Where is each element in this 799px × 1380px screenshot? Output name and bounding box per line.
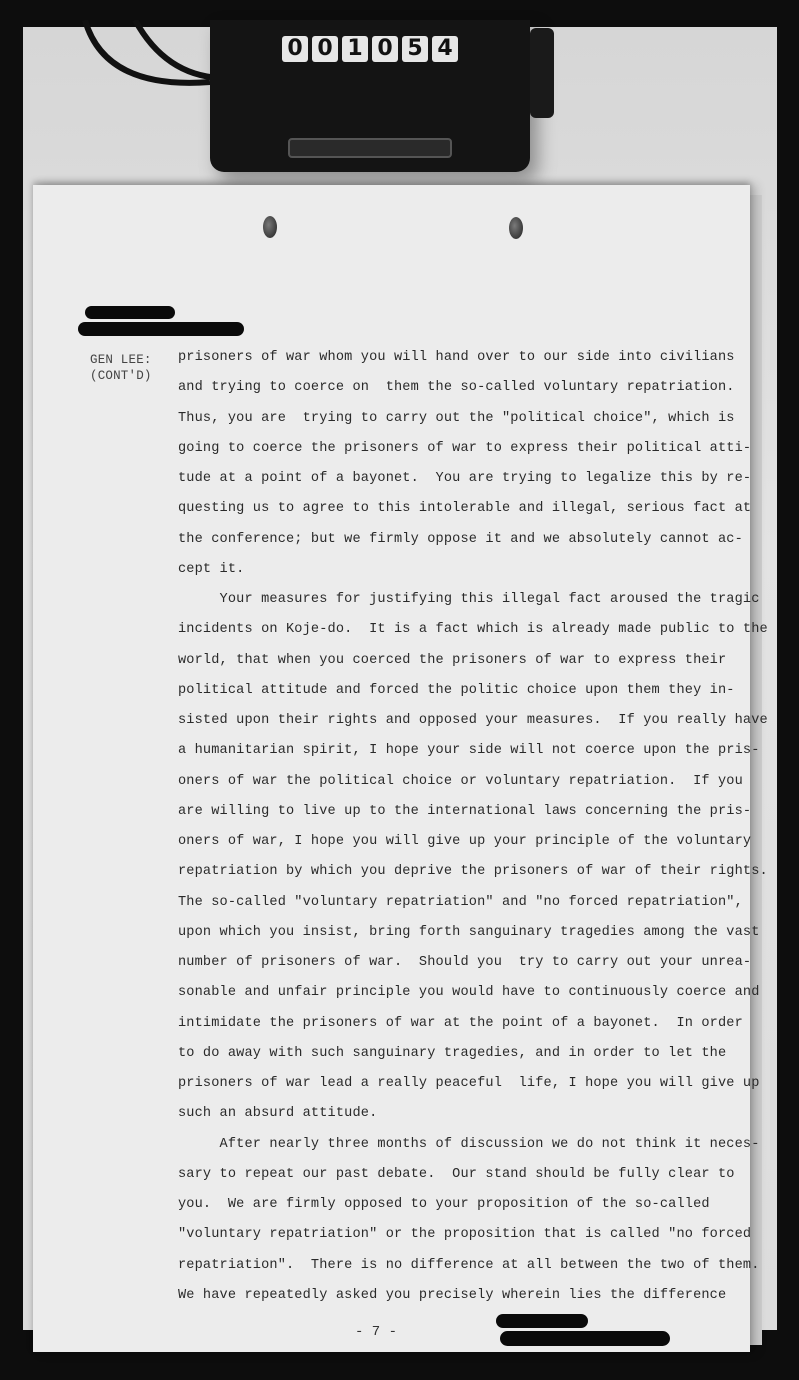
text-line: intimidate the prisoners of war at the p… bbox=[178, 1014, 718, 1044]
text-line: Thus, you are trying to carry out the "p… bbox=[178, 409, 718, 439]
frame-digit: 0 bbox=[312, 36, 338, 62]
text-line: sisted upon their rights and opposed you… bbox=[178, 711, 718, 741]
punch-hole-right bbox=[509, 217, 523, 239]
redaction-mark bbox=[85, 306, 175, 319]
text-line: a humanitarian spirit, I hope your side … bbox=[178, 741, 718, 771]
text-line: cept it. bbox=[178, 560, 718, 590]
text-line: the conference; but we firmly oppose it … bbox=[178, 530, 718, 560]
text-line: We have repeatedly asked you precisely w… bbox=[178, 1286, 718, 1316]
text-line: oners of war, I hope you will give up yo… bbox=[178, 832, 718, 862]
speaker-continued: (CONT'D) bbox=[90, 368, 152, 384]
frame-counter-digits: 0 0 1 0 5 4 bbox=[282, 36, 458, 62]
text-line: tude at a point of a bayonet. You are tr… bbox=[178, 469, 718, 499]
text-line: incidents on Koje-do. It is a fact which… bbox=[178, 620, 718, 650]
text-line: repatriation by which you deprive the pr… bbox=[178, 862, 718, 892]
frame-digit: 1 bbox=[342, 36, 368, 62]
redaction-mark bbox=[496, 1314, 588, 1328]
document-body: prisoners of war whom you will hand over… bbox=[178, 348, 718, 1316]
frame-digit: 0 bbox=[372, 36, 398, 62]
text-line: "voluntary repatriation" or the proposit… bbox=[178, 1225, 718, 1255]
text-line: going to coerce the prisoners of war to … bbox=[178, 439, 718, 469]
text-line: upon which you insist, bring forth sangu… bbox=[178, 923, 718, 953]
text-line: political attitude and forced the politi… bbox=[178, 681, 718, 711]
frame-digit: 0 bbox=[282, 36, 308, 62]
text-line: sonable and unfair principle you would h… bbox=[178, 983, 718, 1013]
speaker-label: GEN LEE: (CONT'D) bbox=[90, 352, 152, 384]
text-line: Your measures for justifying this illega… bbox=[178, 590, 718, 620]
text-line: After nearly three months of discussion … bbox=[178, 1135, 718, 1165]
counter-knob bbox=[530, 28, 554, 118]
text-line: are willing to live up to the internatio… bbox=[178, 802, 718, 832]
text-line: questing us to agree to this intolerable… bbox=[178, 499, 718, 529]
text-line: repatriation". There is no difference at… bbox=[178, 1256, 718, 1286]
text-line: world, that when you coerced the prisone… bbox=[178, 651, 718, 681]
text-line: prisoners of war whom you will hand over… bbox=[178, 348, 718, 378]
text-line: number of prisoners of war. Should you t… bbox=[178, 953, 718, 983]
frame-counter: 0 0 1 0 5 4 bbox=[210, 20, 530, 172]
text-line: to do away with such sanguinary tragedie… bbox=[178, 1044, 718, 1074]
text-line: prisoners of war lead a really peaceful … bbox=[178, 1074, 718, 1104]
text-line: The so-called "voluntary repatriation" a… bbox=[178, 893, 718, 923]
redaction-mark bbox=[78, 322, 244, 336]
speaker-name: GEN LEE: bbox=[90, 352, 152, 368]
text-line: sary to repeat our past debate. Our stan… bbox=[178, 1165, 718, 1195]
text-line: and trying to coerce on them the so-call… bbox=[178, 378, 718, 408]
frame-digit: 4 bbox=[432, 36, 458, 62]
paper-edge bbox=[750, 195, 762, 1345]
text-line: oners of war the political choice or vol… bbox=[178, 772, 718, 802]
punch-hole-left bbox=[263, 216, 277, 238]
frame-digit: 5 bbox=[402, 36, 428, 62]
redaction-mark bbox=[500, 1331, 670, 1346]
text-line: you. We are firmly opposed to your propo… bbox=[178, 1195, 718, 1225]
text-line: such an absurd attitude. bbox=[178, 1104, 718, 1134]
page-number: - 7 - bbox=[355, 1324, 397, 1340]
counter-slot bbox=[288, 138, 452, 158]
